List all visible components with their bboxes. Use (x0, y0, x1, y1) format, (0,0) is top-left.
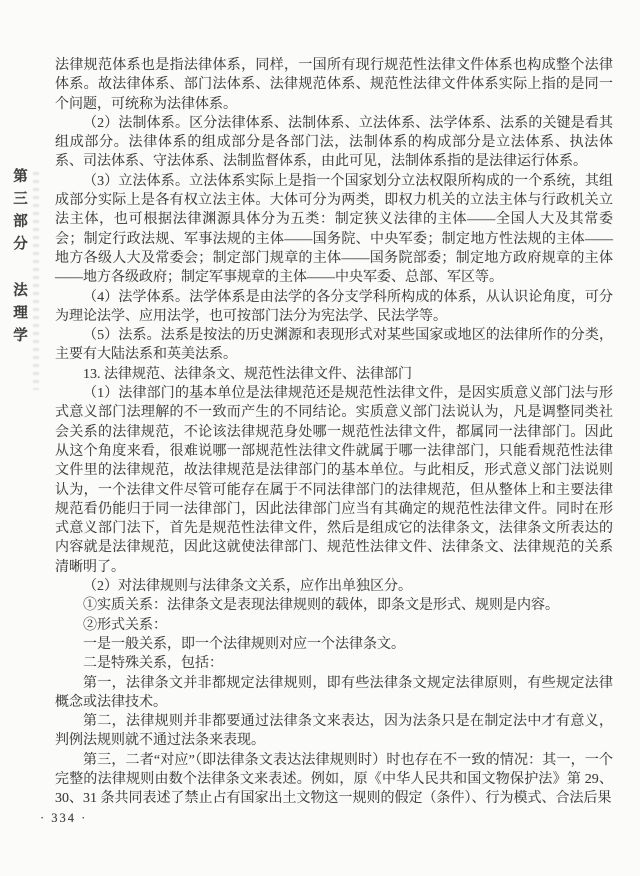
paragraph: 二是特殊关系，包括： (55, 654, 613, 673)
paragraph: 一是一般关系，即一个法律规则对应一个法律条文。 (55, 635, 613, 654)
paragraph: （2）法制体系。区分法律体系、法制体系、立法体系、法学体系、法系的关键是看其组成… (55, 114, 613, 172)
section-heading: 13. 法律规范、法律条文、规范性法律文件、法律部门 (55, 365, 613, 384)
part-label: 第三部分 (11, 168, 27, 258)
page-bleed-decoration (33, 172, 39, 390)
paragraph: ①实质关系：法律条文是表现法律规则的载体，即条文是形式、规则是内容。 (55, 596, 613, 615)
paragraph: 第三，二者“对应”（即法律条文表达法律规则时）时也存在不一致的情况：其一，一个完… (55, 751, 613, 809)
paragraph: （1）法律部门的基本单位是法律规范还是规范性法律文件，是因实质意义部门法与形式意… (55, 384, 613, 577)
paragraph: （5）法系。法系是按法的历史渊源和表现形式对某些国家或地区的法律所作的分类，主要… (55, 326, 613, 365)
paragraph: （2）对法律规则与法律条文关系，应作出单独区分。 (55, 577, 613, 596)
chapter-sidebar: 第三部分法理学 (9, 168, 30, 350)
paragraph: 第一，法律条文并非都规定法律规则，即有些法律条文规定法律原则，有些规定法律概念或… (55, 674, 613, 713)
paragraph: 法律规范体系也是指法律体系，同样，一国所有现行规范性法律文件体系也构成整个法律体… (55, 56, 613, 114)
text-block: 法律规范体系也是指法律体系，同样，一国所有现行规范性法律文件体系也构成整个法律体… (55, 56, 613, 809)
paragraph: 第二，法律规则并非都要通过法律条文来表达，因为法条只是在制定法中才有意义，判例法… (55, 712, 613, 751)
subject-label: 法理学 (11, 282, 27, 350)
page-number: · 334 · (40, 811, 87, 826)
paragraph: （3）立法体系。立法体系实际上是指一个国家划分立法权限所构成的一个系统，其组成部… (55, 172, 613, 288)
paragraph: （4）法学体系。法学体系是由法学的各分支学科所构成的体系，从认识论角度，可分为理… (55, 288, 613, 327)
paragraph: ②形式关系： (55, 616, 613, 635)
book-page: 第三部分法理学 法律规范体系也是指法律体系，同样，一国所有现行规范性法律文件体系… (0, 0, 640, 876)
